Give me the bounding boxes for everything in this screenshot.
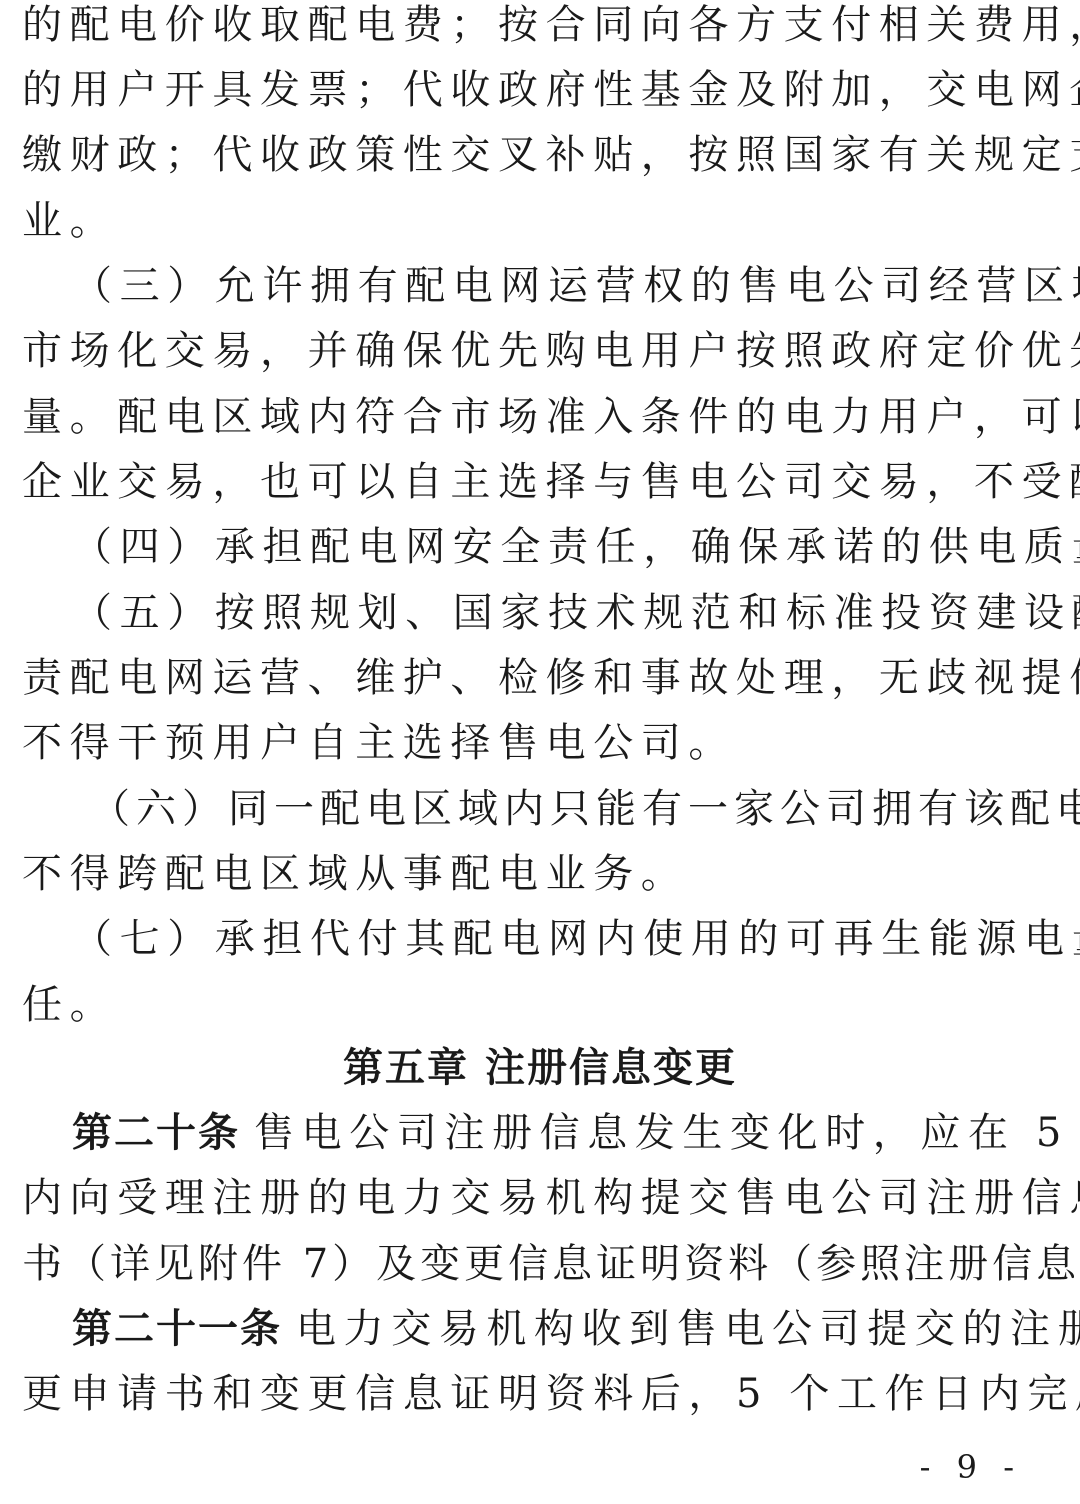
chapter-heading: 第五章 注册信息变更 [0,1035,1080,1101]
article-21-label: 第二十一条 [72,1306,282,1352]
text-line: 业。 [22,188,1032,254]
text-line: 更申请书和变更信息证明资料后，5 个工作日内完成审查，并通 [22,1361,1032,1427]
article-20-text: 售电公司注册信息发生变化时，应在 5 个工作日 [254,1110,1080,1156]
article-21-text: 电力交易机构收到售电公司提交的注册信息变 [296,1306,1080,1352]
text-line: 市场化交易，并确保优先购电用户按照政府定价优先购买电力电 [22,318,1032,384]
text-line: 缴财政；代收政策性交叉补贴，按照国家有关规定支付给电网企 [22,122,1032,188]
item-3-line: （三）允许拥有配电网运营权的售电公司经营区域整体参与 [72,253,1080,319]
text-line: 不得干预用户自主选择售电公司。 [22,710,1032,776]
text-line: 书（详见附件 7）及变更信息证明资料（参照注册信息证明资料）。 [22,1231,1032,1297]
text-line: 任。 [22,972,1032,1038]
text-line: 责配电网运营、维护、检修和事故处理，无歧视提供配电服务， [22,645,1032,711]
text-line: 不得跨配电区域从事配电业务。 [22,841,1032,907]
text-line: 量。配电区域内符合市场准入条件的电力用户，可以直接与发电 [22,384,1032,450]
article-20-label: 第二十条 [72,1110,240,1156]
item-4-line: （四）承担配电网安全责任，确保承诺的供电质量。 [72,514,1080,580]
text-line: 的用户开具发票；代收政府性基金及附加，交电网企业汇总后上 [22,57,1032,123]
text-line: 企业交易，也可以自主选择与售电公司交易，不受配电区域限制。 [22,449,1032,515]
article-20-line: 第二十条售电公司注册信息发生变化时，应在 5 个工作日 [72,1100,1080,1166]
item-7-line: （七）承担代付其配电网内使用的可再生能源电量补贴的责 [72,906,1080,972]
text-line: 的配电价收取配电费；按合同向各方支付相关费用，并向其供电 [22,0,1032,58]
text-line: 内向受理注册的电力交易机构提交售电公司注册信息变更申请 [22,1165,1032,1231]
page-number: - 9 - [920,1448,1022,1486]
article-21-line: 第二十一条电力交易机构收到售电公司提交的注册信息变 [72,1296,1080,1362]
item-5-line: （五）按照规划、国家技术规范和标准投资建设配电网，负 [72,580,1080,646]
item-6-line: （六）同一配电区域内只能有一家公司拥有该配电网运营权。 [90,776,1080,842]
